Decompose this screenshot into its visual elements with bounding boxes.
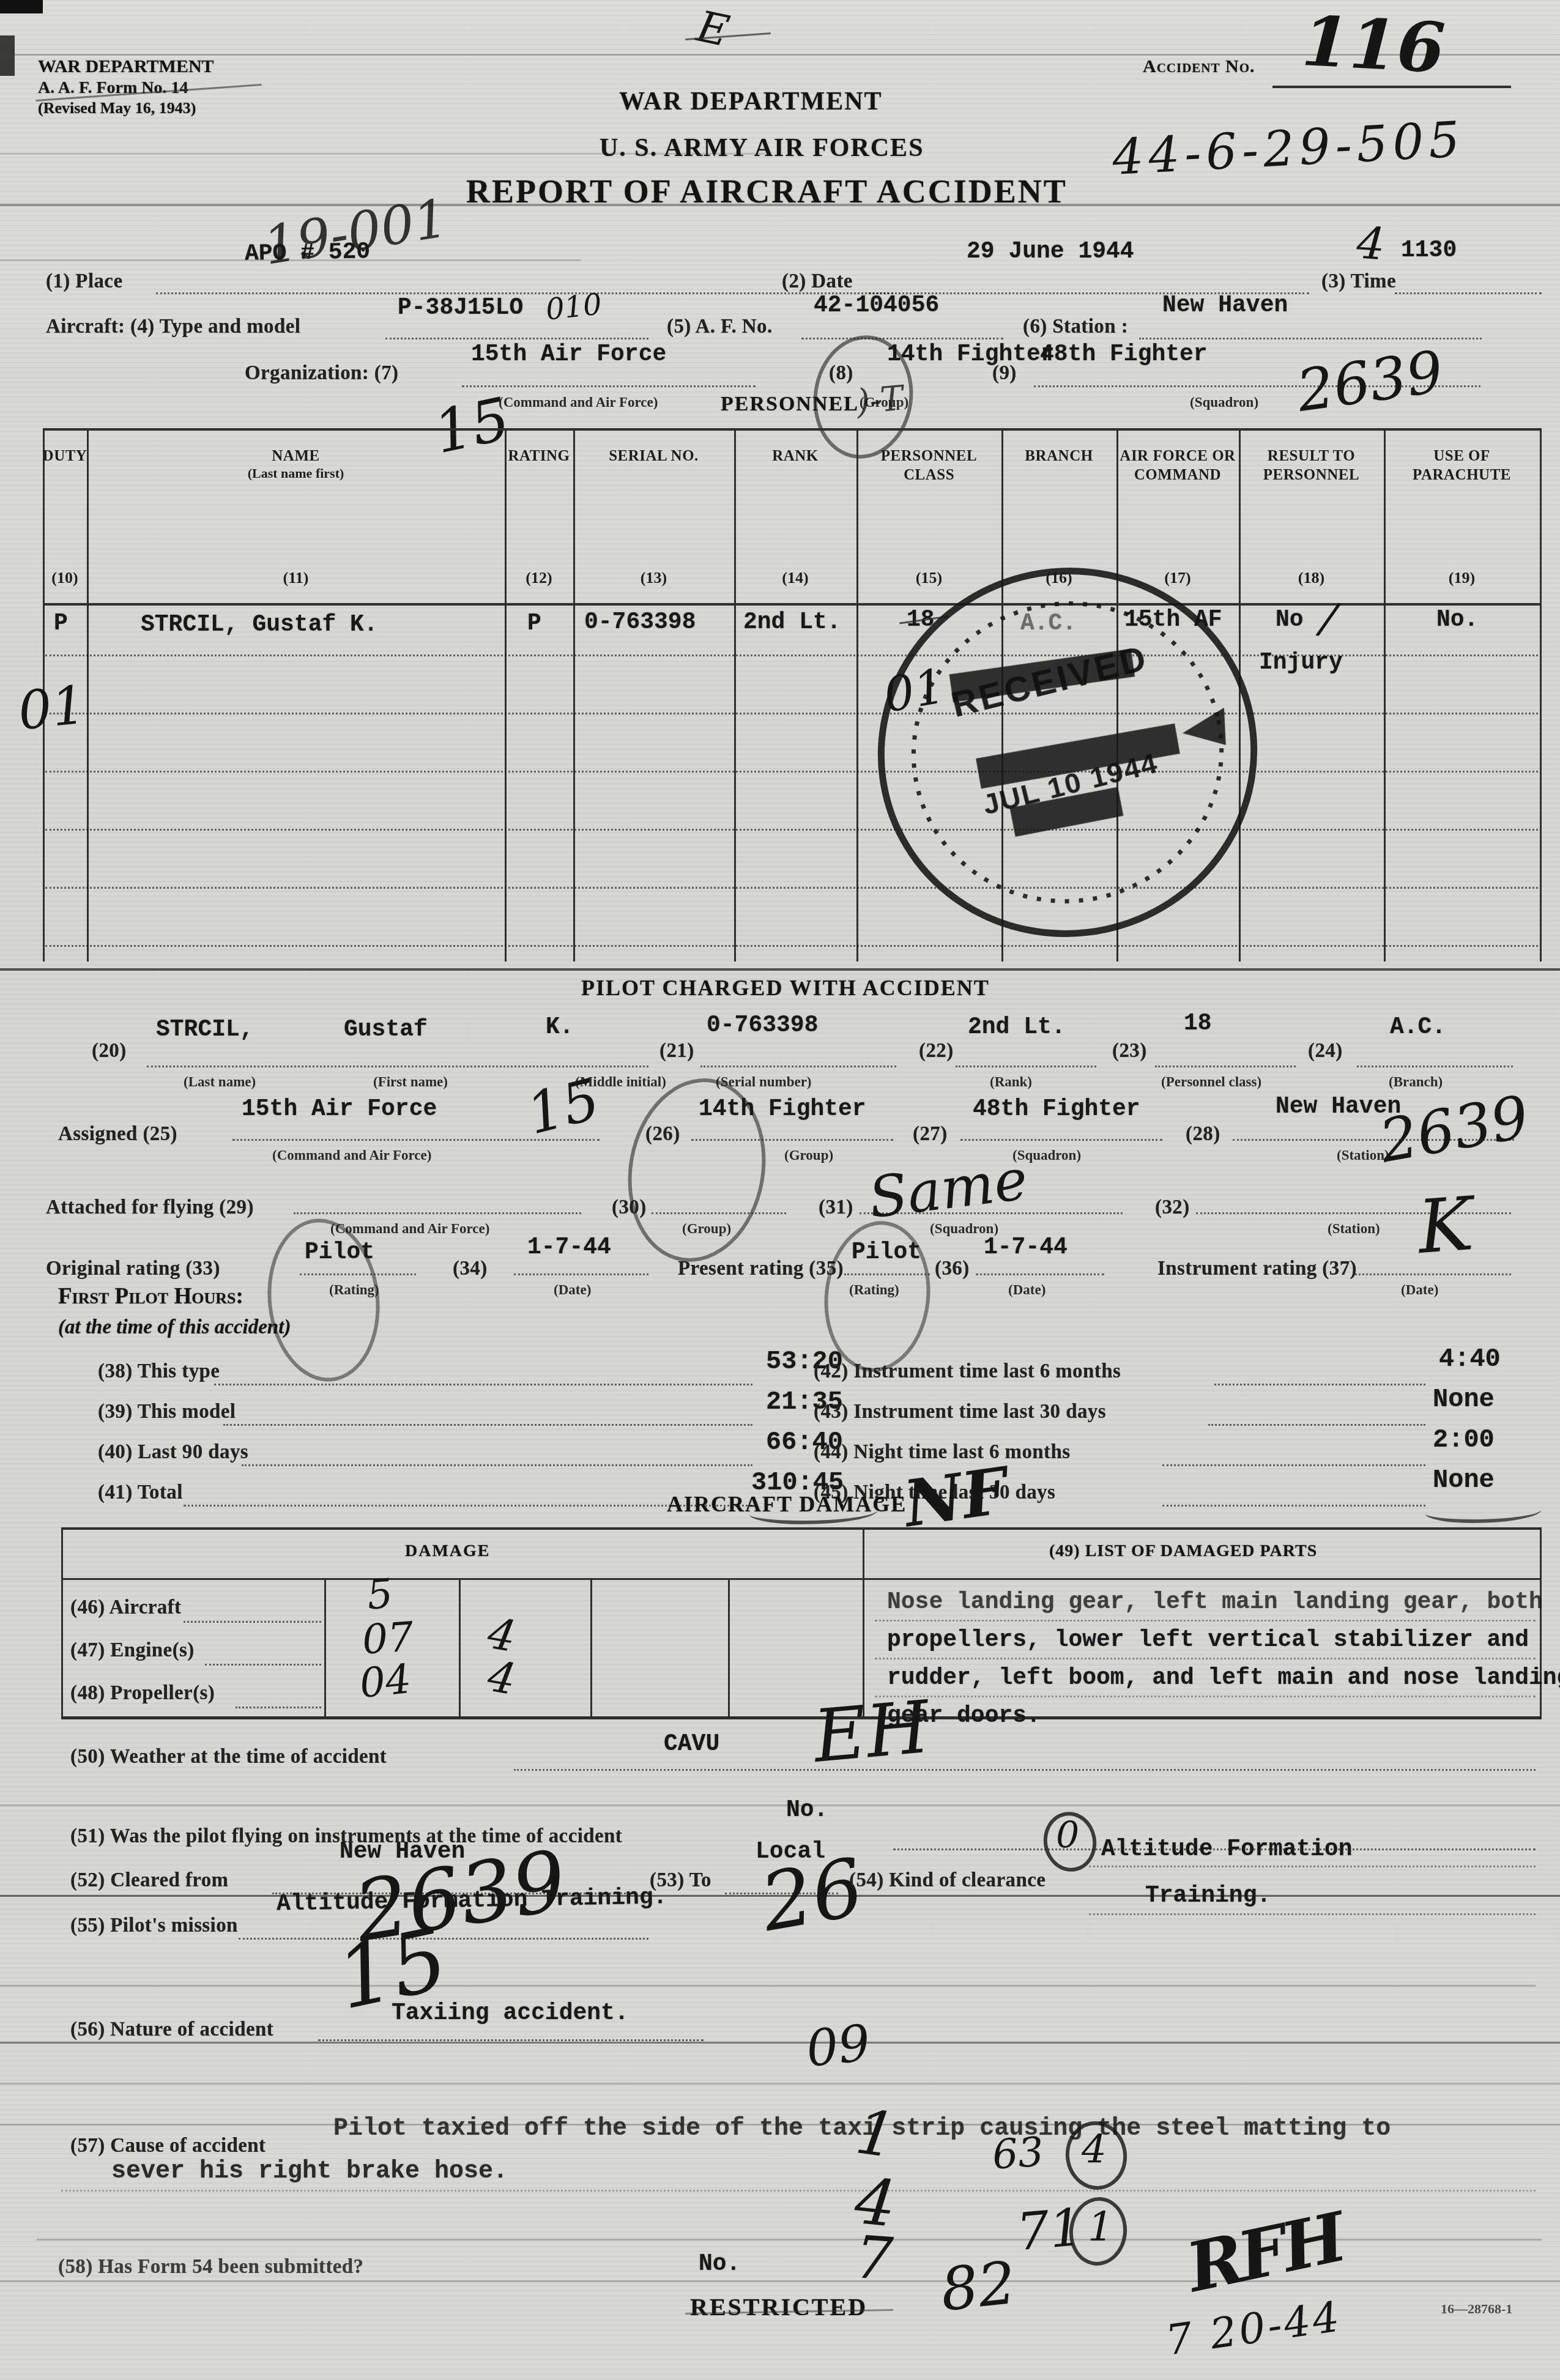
pilot-pclass: 18 [1184, 1010, 1212, 1037]
rule [205, 1664, 321, 1666]
instr-sublabel: (Date) [1401, 1282, 1438, 1298]
afno-value: 42-104056 [814, 292, 939, 319]
page-mark: 4 [1355, 217, 1387, 270]
attached-cmd-sublabel: (Command and Air Force) [330, 1221, 489, 1237]
damage-46-label: (46) Aircraft [70, 1596, 181, 1619]
restricted-marking: RESTRICTED [690, 2293, 867, 2321]
hours-subheading: (at the time of this accident) [58, 1316, 291, 1339]
assigned-group-sublabel: (Group) [784, 1147, 833, 1163]
time-label: (3) Time [1321, 270, 1396, 293]
date-label: (2) Date [782, 270, 853, 293]
f30-label: (30) [612, 1196, 647, 1219]
col-header-name: NAME (Last name first) (11) [87, 447, 505, 587]
cause-hw-1circ: 1 [1088, 2203, 1113, 2250]
rule [1208, 1424, 1425, 1426]
rule [318, 2039, 704, 2041]
weather-value: CAVU [664, 1731, 719, 1757]
hours-39-label: (39) This model [98, 1401, 236, 1423]
margin-hw: 01 [15, 675, 88, 743]
table-header-rule [43, 603, 1542, 606]
to-hw: 26 [754, 1841, 870, 1949]
rule [294, 1212, 581, 1214]
hours-45-value: None [1433, 1466, 1495, 1495]
rule [801, 338, 1003, 339]
initials-hw: RFH [1180, 2198, 1350, 2307]
f21-label: (21) [659, 1040, 694, 1062]
afno-label: (5) A. F. No. [667, 316, 773, 338]
assigned-cmd: 15th Air Force [242, 1096, 437, 1122]
hours-44-label: (44) Night time last 6 months [814, 1441, 1071, 1464]
weather-label: (50) Weather at the time of accident [70, 1746, 387, 1768]
section-rule [0, 2042, 1560, 2044]
parts-line1: Nose landing gear, left main landing gea… [887, 1589, 1543, 1615]
assigned-sqdn: 48th Fighter [973, 1096, 1140, 1122]
cell-name: STRCIL, Gustaf K. [141, 612, 378, 638]
damage-48-label: (48) Propeller(s) [70, 1682, 215, 1705]
rule [45, 771, 1538, 773]
pilot-serial: 0-763398 [707, 1012, 818, 1039]
damage-border [459, 1578, 461, 1716]
attached-station-sublabel: (Station) [1328, 1221, 1380, 1237]
cell-rating: P [527, 610, 541, 637]
cleared-label: (52) Cleared from [70, 1869, 229, 1892]
type-model-hw: 010 [544, 287, 603, 327]
type-model-value: P-38J15LO [398, 295, 523, 321]
table-border-top [43, 428, 1542, 431]
f20-label: (20) [92, 1040, 127, 1062]
rule [1155, 1066, 1296, 1067]
instruments-value: No. [786, 1797, 828, 1823]
rule [45, 829, 1538, 831]
col-header-parachute: Use of Parachute (19) [1384, 447, 1540, 587]
cell-serial: 0-763398 [584, 609, 696, 636]
rule [239, 1938, 648, 1940]
rule [385, 338, 648, 339]
col-header-duty: Duty (10) [43, 447, 87, 587]
damage-48-c1: 04 [357, 1655, 414, 1707]
hours-43-value: None [1433, 1385, 1495, 1414]
assigned-station-sublabel: (Station) [1337, 1147, 1389, 1163]
assigned-group: 14th Fighter [699, 1096, 866, 1122]
cell-duty: P [54, 610, 68, 637]
pilot-first: Gustaf [344, 1017, 428, 1043]
present-rating: Pilot [852, 1239, 921, 1266]
scan-blot [0, 35, 15, 76]
stamp-line1: RECEIVED [948, 638, 1152, 725]
rule [1355, 1273, 1511, 1275]
form54-label: (58) Has Form 54 been submitted? [58, 2256, 364, 2278]
case-no-value: 44-6-29-505 [1111, 111, 1466, 186]
col-title: Use of Parachute [1384, 447, 1540, 485]
cell-result-slash: / [1318, 593, 1339, 644]
rule [1089, 1913, 1536, 1915]
rule [300, 1273, 416, 1275]
scan-streak [0, 1804, 1560, 1806]
attached-label: Attached for flying (29) [46, 1196, 254, 1219]
assigned-label: Assigned (25) [58, 1123, 177, 1146]
clearance-line2: Training. [1145, 1883, 1271, 1909]
date-hw: 7 20-44 [1163, 2293, 1345, 2365]
rule [700, 1066, 896, 1067]
header-branch: U. S. ARMY AIR FORCES [600, 133, 924, 163]
rule [45, 945, 1538, 947]
aircraft-label: Aircraft: (4) Type and model [46, 316, 300, 338]
rule [45, 713, 1538, 714]
nature-label: (56) Nature of accident [70, 2019, 273, 2041]
present-date-sublabel: (Date) [1008, 1282, 1046, 1298]
rule [45, 887, 1538, 889]
orig-label: Original rating (33) [46, 1258, 220, 1280]
group-value: 14th Fighter [887, 341, 1055, 368]
rule [462, 385, 756, 387]
col-number: (13) [641, 569, 667, 587]
f23-label: (23) [1112, 1040, 1147, 1062]
f27-label: (27) [913, 1123, 948, 1146]
rule [147, 1066, 648, 1067]
col-title: Result to Personnel [1239, 447, 1384, 485]
col-title-wrap: NAME (Last name first) [248, 447, 344, 481]
orig-date-sublabel: (Date) [554, 1282, 591, 1298]
col-title: Personnel Class [856, 447, 1001, 485]
print-code: 16—28768-1 [1441, 2301, 1512, 2317]
form-id-line1: WAR DEPARTMENT [38, 56, 214, 77]
sqdn-sublabel: (Squadron) [1190, 395, 1258, 410]
cell-result-line1: No [1276, 607, 1304, 633]
scan-streak [0, 1985, 1536, 1987]
personnel-hw: )-T [855, 379, 905, 422]
damage-border [590, 1578, 592, 1716]
station-label: (6) Station : [1023, 316, 1128, 338]
place-label: (1) Place [46, 270, 122, 293]
col-header-rank: Rank (14) [734, 447, 856, 587]
org-value: 15th Air Force [471, 341, 666, 368]
rule [1357, 1066, 1513, 1067]
attached-group-sublabel: (Group) [682, 1221, 731, 1237]
col-title: Branch [1025, 447, 1093, 465]
hours-42-label: (42) Instrument time last 6 months [814, 1360, 1121, 1383]
cell-result-line2: Injury [1259, 650, 1343, 676]
col-header-rating: Rating (12) [505, 447, 573, 587]
cause-label: (57) Cause of accident [70, 2135, 266, 2157]
form54-value: No. [699, 2251, 740, 2277]
col-number: (10) [51, 569, 78, 587]
parts-title: (49) LIST OF DAMAGED PARTS [1049, 1541, 1317, 1561]
col-title: Rank [772, 447, 819, 465]
date-value: 29 June 1944 [967, 239, 1134, 265]
rule [652, 1212, 786, 1214]
rule [976, 1273, 1104, 1275]
clearance-hw: 0 [1056, 1814, 1079, 1857]
hours-38-label: (38) This type [98, 1360, 220, 1383]
branch-sublabel: (Branch) [1389, 1074, 1443, 1090]
orig-rating: Pilot [305, 1239, 374, 1266]
form-id-line3: (Revised May 16, 1943) [38, 99, 196, 117]
pilot-branch: A.C. [1390, 1014, 1446, 1040]
mission-value: Altitude Formation Training. [277, 1884, 667, 1917]
damage-border [728, 1578, 730, 1716]
rule [232, 1139, 600, 1141]
parts-line3: rudder, left boom, and left main and nos… [887, 1665, 1560, 1691]
orig-date: 1-7-44 [527, 1234, 611, 1261]
rule [1089, 1866, 1536, 1867]
col-subtitle: (Last name first) [248, 465, 344, 481]
pilot-heading: PILOT CHARGED WITH ACCIDENT [581, 975, 990, 1001]
rule [875, 1696, 1536, 1697]
hours-41-label: (41) Total [98, 1481, 183, 1504]
damage-48-c2: 4 [484, 1651, 519, 1705]
hours-heading: First Pilot Hours: [58, 1283, 243, 1310]
header-dept: WAR DEPARTMENT [619, 87, 883, 116]
scan-streak [0, 2083, 1560, 2085]
col-number: (14) [782, 569, 808, 587]
damage-border [61, 1527, 63, 1717]
col-number: (11) [283, 569, 309, 587]
damage-47-label: (47) Engine(s) [70, 1639, 195, 1662]
present-date: 1-7-44 [984, 1234, 1068, 1261]
rule [875, 1658, 1536, 1659]
hours-44-value: 2:00 [1433, 1425, 1495, 1455]
rule [960, 1139, 1162, 1141]
f32-label: (32) [1155, 1196, 1190, 1219]
cause-hw-4circ: 4 [1082, 2127, 1107, 2173]
sqdn-value: 48th Fighter [1040, 341, 1208, 368]
sqdn-hw: 2639 [1293, 339, 1447, 425]
rule [514, 1769, 1536, 1771]
assigned-cmd-sublabel: (Command and Air Force) [272, 1147, 431, 1163]
first-sublabel: (First name) [373, 1074, 448, 1090]
col-number: (19) [1449, 569, 1475, 587]
top-scribble: E [693, 1, 734, 57]
mission-label: (55) Pilot's mission [70, 1915, 238, 1937]
instr-label: Instrument rating (37) [1157, 1258, 1357, 1280]
rank-sublabel: (Rank) [990, 1074, 1032, 1090]
rule [45, 654, 1538, 656]
nature-hw: 09 [803, 2014, 873, 2078]
sqdn-label: (9) [992, 362, 1017, 385]
instr-hw: K [1415, 1182, 1476, 1270]
pclass-sublabel: (Personnel class) [1161, 1074, 1261, 1090]
attached-hw: Same [865, 1147, 1031, 1231]
col-title: Duty [43, 447, 87, 465]
clearance-line1: Altitude Formation [1101, 1836, 1352, 1863]
accident-no-label: Accident No. [1143, 56, 1255, 77]
rule [214, 1384, 752, 1385]
cell-parachute: No. [1436, 607, 1478, 633]
col-number: (12) [526, 569, 552, 587]
personnel-heading: PERSONNEL [721, 393, 859, 416]
col-title: Rating [508, 447, 570, 465]
rule [956, 1066, 1096, 1067]
rule [184, 1621, 321, 1623]
org-sublabel: (Command and Air Force) [499, 395, 658, 410]
rule [1395, 292, 1542, 294]
rule [236, 1707, 321, 1708]
col-header-serial: Serial No. (13) [573, 447, 734, 587]
damage-border [61, 1578, 1542, 1580]
hours-42-value: 4:40 [1439, 1344, 1501, 1374]
table-border [1540, 428, 1542, 962]
damage-border [324, 1578, 326, 1716]
damage-heading: AIRCRAFT DAMAGE [667, 1491, 907, 1517]
accident-report-page: WAR DEPARTMENT A. A. F. Form No. 14 (Rev… [0, 0, 1560, 2380]
rule [875, 1620, 1536, 1622]
nature-value: Taxiing accident. [392, 2000, 629, 2026]
cell-rank: 2nd Lt. [743, 609, 841, 636]
scan-blot [0, 0, 43, 13]
time-value: 1130 [1401, 237, 1457, 264]
last-sublabel: (Last name) [184, 1074, 256, 1090]
rule [242, 1464, 752, 1466]
received-stamp: RECEIVED JUL 10 1944 [866, 560, 1269, 951]
damage-table-title: DAMAGE [405, 1541, 491, 1561]
cause-hw-7: 7 [853, 2223, 895, 2294]
f36-label: (36) [935, 1258, 970, 1280]
accident-no-value: 116 [1300, 1, 1447, 89]
f22-label: (22) [919, 1040, 954, 1062]
pilot-rank: 2nd Lt. [968, 1014, 1066, 1040]
station-value: New Haven [1162, 292, 1288, 319]
rule [61, 2190, 1536, 2192]
scan-streak [0, 2280, 1560, 2282]
section-rule [0, 968, 1560, 971]
cause-line2: sever his right brake hose. [111, 2158, 508, 2185]
rule [860, 1212, 1123, 1214]
hours-43-label: (43) Instrument time last 30 days [814, 1401, 1106, 1423]
present-label: Present rating (35) [678, 1258, 844, 1280]
pilot-mi: K. [546, 1014, 574, 1040]
place-value: APO # 520 [245, 239, 371, 267]
rule [1162, 1464, 1425, 1466]
col-title: Air Force or Command [1116, 447, 1239, 485]
clearance-label: (54) Kind of clearance [849, 1869, 1046, 1892]
org-label: Organization: (7) [245, 362, 399, 385]
f34-label: (34) [453, 1258, 488, 1280]
parts-line2: propellers, lower left vertical stabiliz… [887, 1627, 1529, 1653]
damage-border [863, 1527, 864, 1717]
page-title: REPORT OF AIRCRAFT ACCIDENT [466, 172, 1068, 210]
col-title: NAME [272, 447, 319, 465]
damage-border [61, 1716, 1542, 1719]
pilot-last: STRCIL, [156, 1017, 254, 1043]
rule [514, 1273, 648, 1275]
rule [223, 1424, 752, 1426]
rule [844, 1273, 930, 1275]
weather-hw: EH [810, 1685, 932, 1779]
orig-rating-sublabel: (Rating) [329, 1282, 379, 1298]
f24-label: (24) [1308, 1040, 1343, 1062]
col-number: (18) [1298, 569, 1324, 587]
cause-hw-63: 63 [990, 2128, 1045, 2179]
rule [691, 1139, 893, 1141]
hours-40-label: (40) Last 90 days [98, 1441, 248, 1464]
rule [1162, 1505, 1425, 1507]
damage-border [61, 1527, 1542, 1530]
present-rating-sublabel: (Rating) [849, 1282, 899, 1298]
cause-hw-1: 1 [852, 2096, 900, 2172]
damage-46-c1: 5 [365, 1570, 395, 1618]
rule [1214, 1384, 1425, 1385]
f28-label: (28) [1186, 1123, 1220, 1146]
hw-underline [1425, 1500, 1542, 1523]
f31-label: (31) [819, 1196, 853, 1219]
col-title: Serial No. [609, 447, 699, 465]
cause-hw-82: 82 [937, 2248, 1019, 2324]
assigned-cmd-hw: 15 [521, 1066, 606, 1147]
